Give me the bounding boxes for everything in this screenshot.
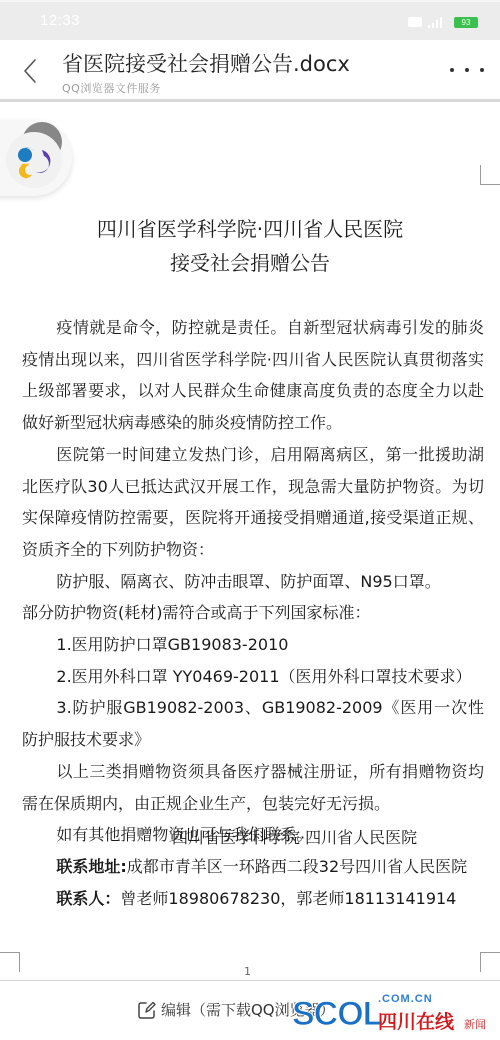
- status-icons: 93: [408, 15, 478, 29]
- page-corner-mark-bottom-right: [480, 952, 500, 972]
- hd-icon: [408, 17, 422, 27]
- page-corner-mark-top-right: [480, 165, 500, 185]
- page-corner-mark-bottom-left: [0, 952, 20, 972]
- app-header: 省医院接受社会捐赠公告.docx QQ浏览器文件服务: [0, 40, 500, 102]
- paragraph: 医院第一时间建立发热门诊，启用隔离病区，第一批援助湖北医疗队30人已抵达武汉开展…: [22, 439, 484, 566]
- contact-value: 曾老师18980678230，郭老师18113141914: [120, 889, 456, 908]
- signature: 四川省医学科学院·四川省人民医院: [172, 825, 417, 848]
- paragraph: 部分防护物资(耗材)需符合或高于下列国家标准：: [22, 597, 484, 629]
- contact-label: 联系人：: [56, 889, 120, 908]
- battery-icon: 93: [454, 17, 478, 28]
- more-dot-icon: [480, 68, 484, 72]
- list-item: 2.医用外科口罩 YY0469-2011（医用外科口罩技术要求）: [22, 661, 484, 693]
- watermark-name-cn: 四川在线: [378, 1007, 454, 1034]
- more-button[interactable]: [450, 64, 484, 76]
- status-time: 12:33: [40, 12, 80, 29]
- paragraph: 防护服、隔离衣、防冲击眼罩、防护面罩、N95口罩。: [22, 566, 484, 598]
- assistant-logo-icon: [14, 142, 54, 182]
- contact-person: 联系人：曾老师18980678230，郭老师18113141914: [22, 883, 484, 915]
- edit-icon: [137, 1000, 157, 1020]
- watermark-domain: .COM.CN: [378, 993, 433, 1005]
- back-button[interactable]: [20, 56, 42, 86]
- watermark-news: 新闻: [464, 1016, 486, 1032]
- file-source-subtitle: QQ浏览器文件服务: [62, 80, 161, 96]
- address-label: 联系地址:: [56, 857, 126, 876]
- scol-watermark: SCOL .COM.CN 四川在线 新闻: [292, 991, 500, 1040]
- document-title-line1: 四川省医学科学院·四川省人民医院: [0, 212, 500, 246]
- paragraph: 以上三类捐赠物资须具备医疗器械注册证，所有捐赠物资均需在保质期内，由正规企业生产…: [22, 756, 484, 819]
- paragraph: 疫情就是命令，防控就是责任。自新型冠状病毒引发的肺炎疫情出现以来，四川省医学科学…: [22, 312, 484, 439]
- file-title: 省医院接受社会捐赠公告.docx: [62, 48, 350, 78]
- watermark-brand: SCOL: [292, 995, 382, 1033]
- list-item: 3.防护服GB19082-2003、GB19082-2009《医用一次性防护服技…: [22, 692, 484, 755]
- page-number: 1: [244, 965, 251, 978]
- status-bar: 12:33 93: [0, 0, 500, 40]
- address-value: 成都市青羊区一环路西二段32号四川省人民医院: [127, 857, 467, 876]
- page-divider: [0, 980, 500, 981]
- document-title-line2: 接受社会捐赠公告: [0, 246, 500, 280]
- list-item: 1.医用防护口罩GB19083-2010: [22, 629, 484, 661]
- more-dot-icon: [465, 68, 469, 72]
- chevron-left-icon: [20, 56, 42, 86]
- more-dot-icon: [450, 68, 454, 72]
- document-body: 疫情就是命令，防控就是责任。自新型冠状病毒引发的肺炎疫情出现以来，四川省医学科学…: [22, 312, 484, 914]
- document-page[interactable]: 四川省医学科学院·四川省人民医院 接受社会捐赠公告 疫情就是命令，防控就是责任。…: [0, 105, 500, 985]
- contact-address: 联系地址:成都市青羊区一环路西二段32号四川省人民医院: [22, 851, 484, 883]
- signal-icon: [428, 17, 442, 28]
